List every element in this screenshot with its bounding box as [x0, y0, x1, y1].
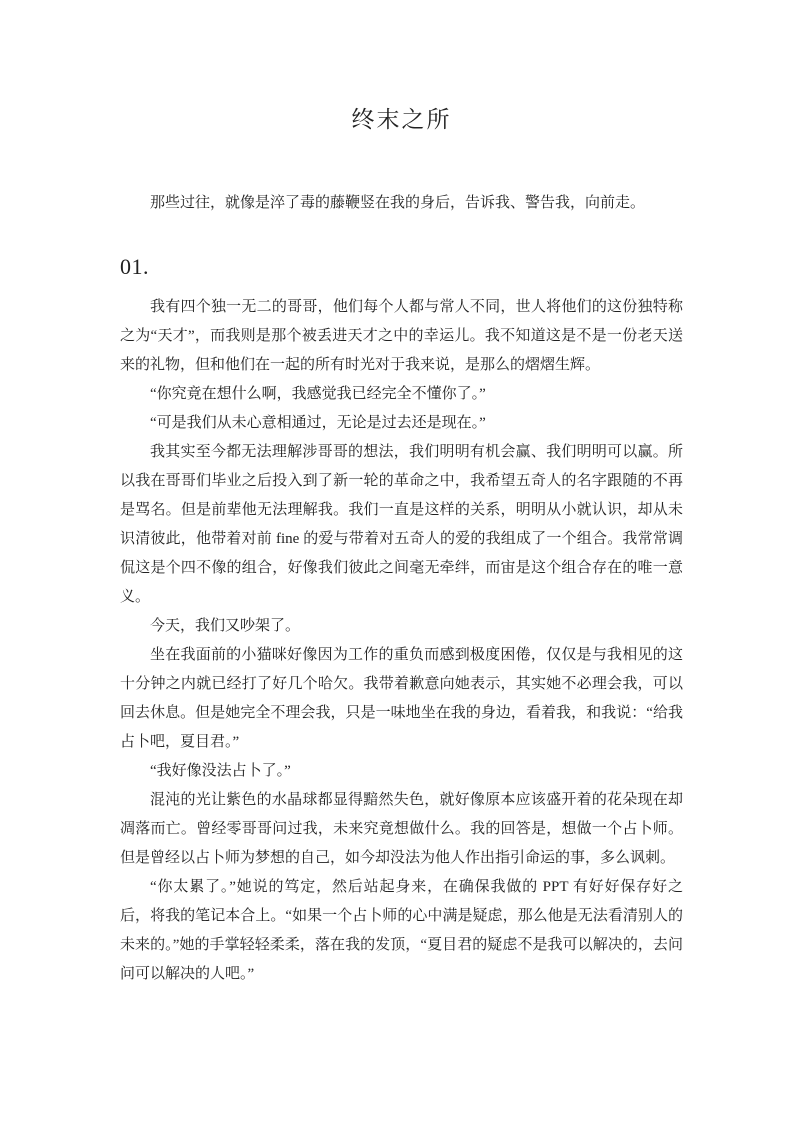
- epigraph: 那些过往，就像是淬了毒的藤鞭竖在我的身后，告诉我、警告我，向前走。: [120, 189, 683, 218]
- paragraph: 坐在我面前的小猫咪好像因为工作的重负而感到极度困倦，仅仅是与我相见的这十分钟之内…: [120, 641, 683, 757]
- paragraph: 我其实至今都无法理解涉哥哥的想法，我们明明有机会赢、我们明明可以赢。所以我在哥哥…: [120, 438, 683, 612]
- story-body: 我有四个独一无二的哥哥，他们每个人都与常人不同，世人将他们的这份独特称之为“天才…: [120, 293, 683, 989]
- paragraph: “可是我们从未心意相通过，无论是过去还是现在。”: [120, 409, 683, 438]
- paragraph: 今天，我们又吵架了。: [120, 612, 683, 641]
- document-page: 终末之所 那些过往，就像是淬了毒的藤鞭竖在我的身后，告诉我、警告我，向前走。 0…: [0, 0, 800, 1131]
- section-number: 01.: [120, 252, 683, 282]
- paragraph: “我好像没法占卜了。”: [120, 757, 683, 786]
- paragraph: “你究竟在想什么啊，我感觉我已经完全不懂你了。”: [120, 380, 683, 409]
- paragraph: 混沌的光让紫色的水晶球都显得黯然失色，就好像原本应该盛开着的花朵现在却凋落而亡。…: [120, 786, 683, 873]
- page-title: 终末之所: [120, 103, 683, 137]
- paragraph: 我有四个独一无二的哥哥，他们每个人都与常人不同，世人将他们的这份独特称之为“天才…: [120, 293, 683, 380]
- paragraph: “你太累了。”她说的笃定，然后站起身来，在确保我做的 PPT 有好好保存好之后，…: [120, 873, 683, 989]
